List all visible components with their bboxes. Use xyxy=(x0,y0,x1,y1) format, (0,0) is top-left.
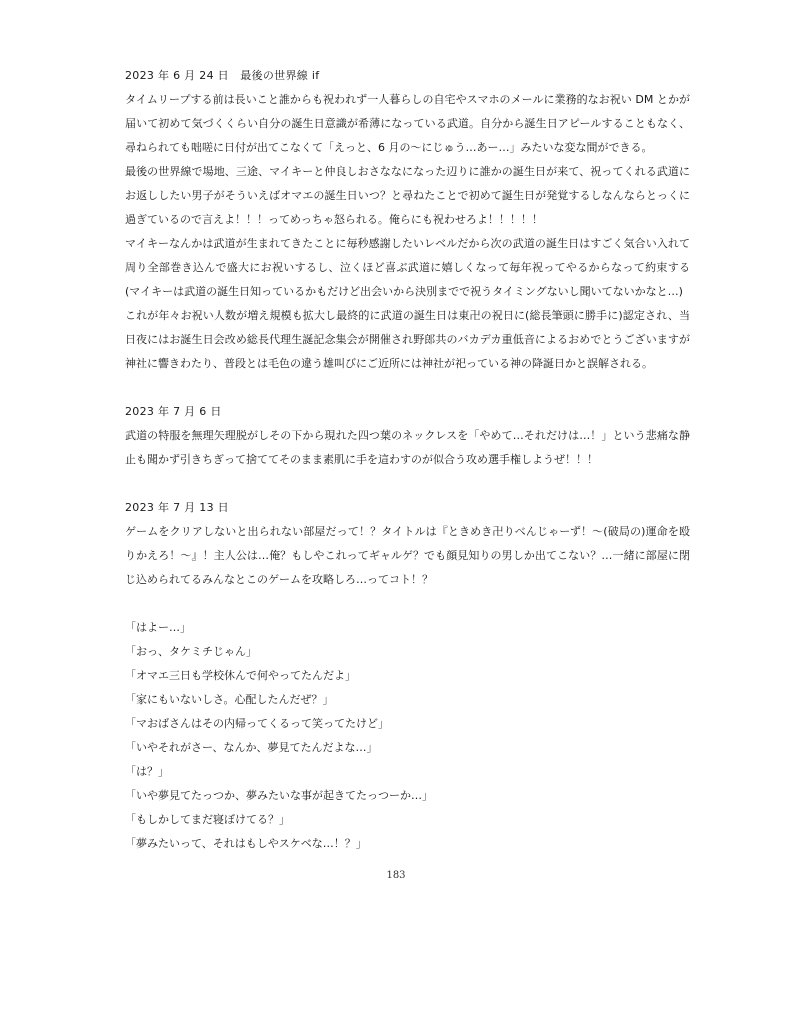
entry-2023-07-13: 2023 年 7 月 13 日 ゲームをクリアしないと出られない部屋だって！？タ… xyxy=(125,496,690,856)
paragraph: タイムリープする前は長いこと誰からも祝われず一人暮らしの自宅やスマホのメールに業… xyxy=(125,88,690,160)
entry-2023-06-24: 2023 年 6 月 24 日 最後の世界線 if タイムリープする前は長いこと… xyxy=(125,64,690,376)
page-number: 183 xyxy=(0,870,792,881)
paragraph: ゲームをクリアしないと出られない部屋だって！？タイトルは『ときめき卍りべんじゃー… xyxy=(125,520,690,592)
paragraph: これが年々お祝い人数が増え規模も拡大し最終的に武道の誕生日は東卍の祝日に(総長筆… xyxy=(125,304,690,376)
dialogue-line: 「オマエ三日も学校休んで何やってたんだよ」 xyxy=(125,664,690,688)
dialogue-line: 「は？」 xyxy=(125,760,690,784)
entry-date: 2023 年 6 月 24 日 最後の世界線 if xyxy=(125,64,690,88)
entry-2023-07-06: 2023 年 7 月 6 日 武道の特服を無理矢理脱がしその下から現れた四つ葉の… xyxy=(125,400,690,472)
dialogue-block: 「はよー…」 「おっ、タケミチじゃん」 「オマエ三日も学校休んで何やってたんだよ… xyxy=(125,616,690,856)
dialogue-line: 「いやそれがさー、なんか、夢見てたんだよな…」 xyxy=(125,736,690,760)
spacer xyxy=(125,592,690,616)
entry-date: 2023 年 7 月 13 日 xyxy=(125,496,690,520)
paragraph: マイキーなんかは武道が生まれてきたことに毎秒感謝したいレベルだから次の武道の誕生… xyxy=(125,232,690,304)
dialogue-line: 「マおばさんはその内帰ってくるって笑ってたけど」 xyxy=(125,712,690,736)
paragraph: 最後の世界線で場地、三途、マイキーと仲良しおさななになった辺りに誰かの誕生日が来… xyxy=(125,160,690,232)
spacer xyxy=(125,472,690,496)
dialogue-line: 「夢みたいって、それはもしやスケベな…！？」 xyxy=(125,832,690,856)
entry-date: 2023 年 7 月 6 日 xyxy=(125,400,690,424)
dialogue-line: 「おっ、タケミチじゃん」 xyxy=(125,640,690,664)
dialogue-line: 「家にもいないしさ。心配したんだぜ？」 xyxy=(125,688,690,712)
document-page: 2023 年 6 月 24 日 最後の世界線 if タイムリープする前は長いこと… xyxy=(125,64,690,856)
spacer xyxy=(125,376,690,400)
paragraph: 武道の特服を無理矢理脱がしその下から現れた四つ葉のネックレスを「やめて…それだけ… xyxy=(125,424,690,472)
dialogue-line: 「はよー…」 xyxy=(125,616,690,640)
dialogue-line: 「もしかしてまだ寝ぼけてる？」 xyxy=(125,808,690,832)
dialogue-line: 「いや夢見てたっつか、夢みたいな事が起きてたっつーか…」 xyxy=(125,784,690,808)
